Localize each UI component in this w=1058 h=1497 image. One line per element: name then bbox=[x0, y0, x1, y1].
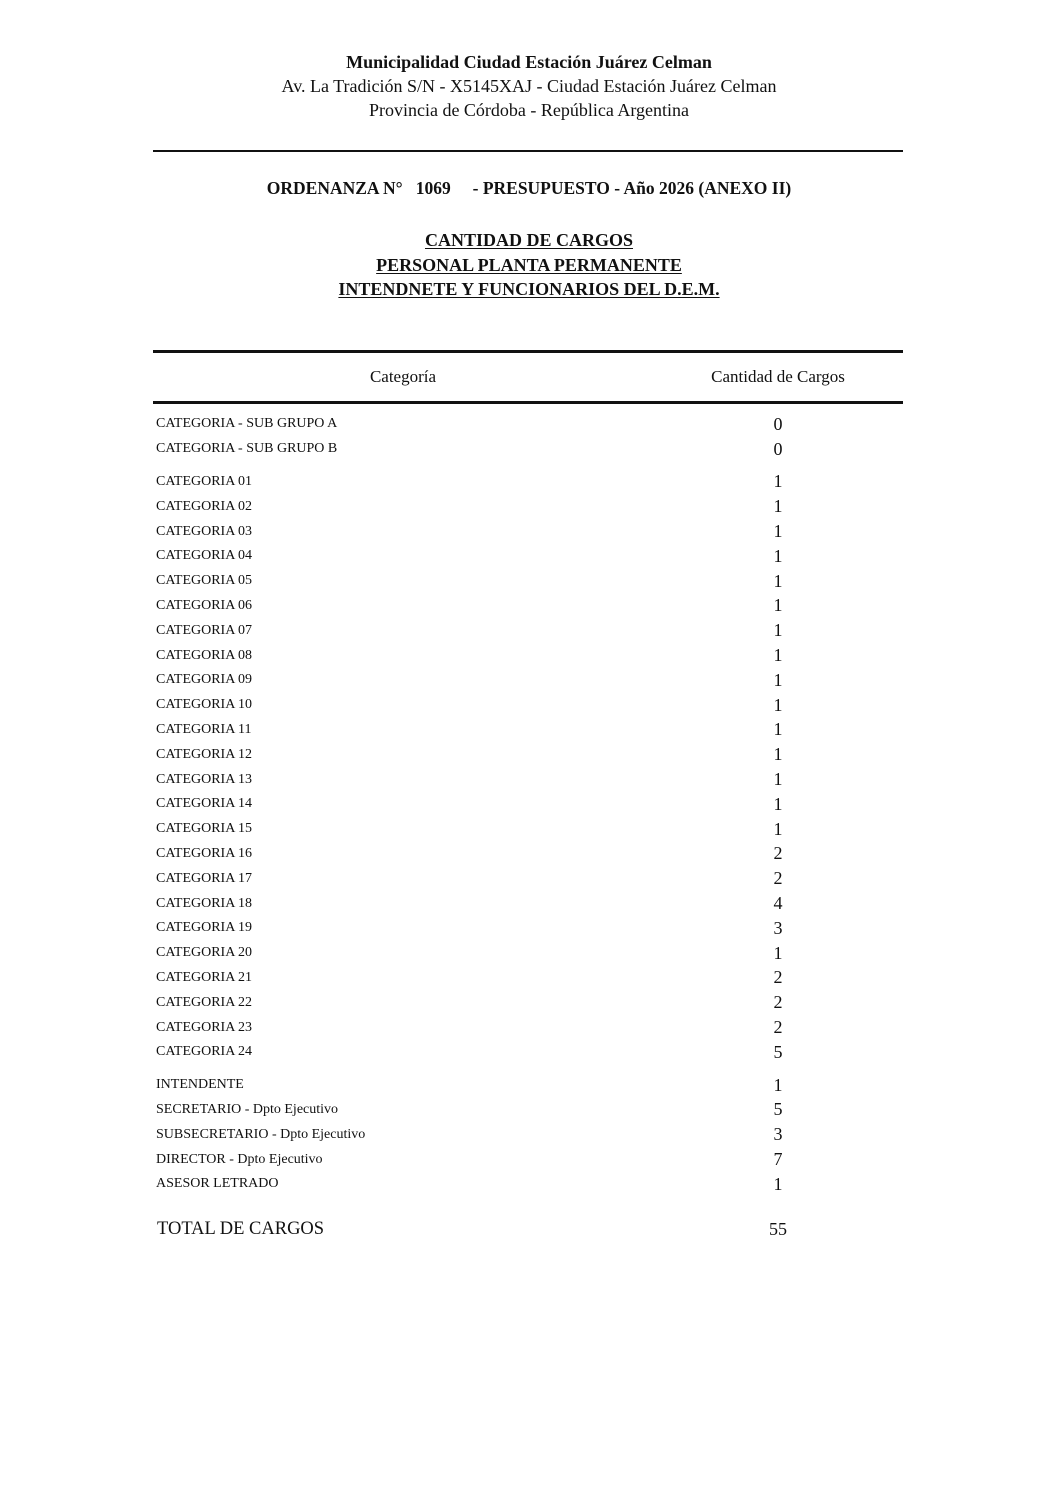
row-label: CATEGORIA 07 bbox=[153, 623, 653, 639]
row-label: CATEGORIA 01 bbox=[153, 474, 653, 490]
row-label: CATEGORIA 22 bbox=[153, 995, 653, 1011]
table-row: CATEGORIA 071 bbox=[153, 618, 903, 643]
table-row: CATEGORIA 021 bbox=[153, 494, 903, 519]
row-value: 0 bbox=[653, 414, 903, 435]
row-value: 2 bbox=[653, 868, 903, 889]
table-row: CATEGORIA 061 bbox=[153, 594, 903, 619]
row-value: 7 bbox=[653, 1149, 903, 1170]
row-label: CATEGORIA 11 bbox=[153, 722, 653, 738]
row-label: SECRETARIO - Dpto Ejecutivo bbox=[153, 1102, 653, 1118]
row-label: CATEGORIA 13 bbox=[153, 772, 653, 788]
row-value: 1 bbox=[653, 595, 903, 616]
table-row: CATEGORIA 184 bbox=[153, 891, 903, 916]
table-row: CATEGORIA 091 bbox=[153, 668, 903, 693]
row-label: CATEGORIA 17 bbox=[153, 871, 653, 887]
row-label: CATEGORIA 09 bbox=[153, 672, 653, 688]
row-label: CATEGORIA - SUB GRUPO B bbox=[153, 441, 653, 457]
row-value: 0 bbox=[653, 439, 903, 460]
row-label: INTENDENTE bbox=[153, 1077, 653, 1093]
row-value: 1 bbox=[653, 571, 903, 592]
document-header: Municipalidad Ciudad Estación Juárez Cel… bbox=[0, 50, 1058, 122]
row-label: CATEGORIA 04 bbox=[153, 548, 653, 564]
row-label: CATEGORIA 19 bbox=[153, 920, 653, 936]
row-label: CATEGORIA 03 bbox=[153, 524, 653, 540]
table-body: CATEGORIA - SUB GRUPO A0CATEGORIA - SUB … bbox=[153, 412, 903, 1197]
table-row: ASESOR LETRADO1 bbox=[153, 1172, 903, 1197]
row-label: CATEGORIA - SUB GRUPO A bbox=[153, 416, 653, 432]
row-value: 1 bbox=[653, 471, 903, 492]
table-row: CATEGORIA - SUB GRUPO B0 bbox=[153, 437, 903, 462]
row-value: 4 bbox=[653, 893, 903, 914]
organization-province: Provincia de Córdoba - República Argenti… bbox=[0, 98, 1058, 122]
row-value: 1 bbox=[653, 1075, 903, 1096]
title-line-1: CANTIDAD DE CARGOS bbox=[425, 230, 633, 250]
row-value: 1 bbox=[653, 645, 903, 666]
row-value: 5 bbox=[653, 1099, 903, 1120]
group-spacer bbox=[153, 462, 903, 470]
row-label: ASESOR LETRADO bbox=[153, 1176, 653, 1192]
row-label: CATEGORIA 10 bbox=[153, 697, 653, 713]
row-value: 2 bbox=[653, 967, 903, 988]
table-row: INTENDENTE1 bbox=[153, 1073, 903, 1098]
table-row: CATEGORIA 232 bbox=[153, 1015, 903, 1040]
table-row: CATEGORIA 121 bbox=[153, 742, 903, 767]
row-value: 1 bbox=[653, 546, 903, 567]
table-row: DIRECTOR - Dpto Ejecutivo7 bbox=[153, 1147, 903, 1172]
row-label: CATEGORIA 20 bbox=[153, 945, 653, 961]
row-value: 1 bbox=[653, 670, 903, 691]
row-label: CATEGORIA 18 bbox=[153, 896, 653, 912]
table-header: Categoría Cantidad de Cargos bbox=[153, 353, 903, 401]
row-value: 1 bbox=[653, 496, 903, 517]
table-row: CATEGORIA 222 bbox=[153, 990, 903, 1015]
row-value: 3 bbox=[653, 1124, 903, 1145]
row-value: 5 bbox=[653, 1042, 903, 1063]
table-row: CATEGORIA 201 bbox=[153, 941, 903, 966]
table-row: CATEGORIA 193 bbox=[153, 916, 903, 941]
column-header-categoria: Categoría bbox=[153, 367, 653, 387]
table-row: CATEGORIA 212 bbox=[153, 966, 903, 991]
row-value: 1 bbox=[653, 719, 903, 740]
total-label: TOTAL DE CARGOS bbox=[153, 1219, 653, 1240]
header-divider bbox=[153, 150, 903, 152]
row-value: 1 bbox=[653, 769, 903, 790]
table-row: CATEGORIA 011 bbox=[153, 470, 903, 495]
table-row: CATEGORIA 031 bbox=[153, 519, 903, 544]
table-row: CATEGORIA 172 bbox=[153, 866, 903, 891]
row-value: 2 bbox=[653, 843, 903, 864]
title-line-2: PERSONAL PLANTA PERMANENTE bbox=[376, 255, 682, 275]
row-label: CATEGORIA 05 bbox=[153, 573, 653, 589]
title-line-3: INTENDNETE Y FUNCIONARIOS DEL D.E.M. bbox=[338, 279, 719, 299]
table-row: SECRETARIO - Dpto Ejecutivo5 bbox=[153, 1098, 903, 1123]
cargos-table: Categoría Cantidad de Cargos CATEGORIA -… bbox=[153, 350, 903, 1240]
table-row: CATEGORIA 041 bbox=[153, 544, 903, 569]
row-label: CATEGORIA 23 bbox=[153, 1020, 653, 1036]
table-row: CATEGORIA 131 bbox=[153, 767, 903, 792]
row-value: 1 bbox=[653, 1174, 903, 1195]
table-row: CATEGORIA 081 bbox=[153, 643, 903, 668]
document-titles: CANTIDAD DE CARGOS PERSONAL PLANTA PERMA… bbox=[0, 228, 1058, 302]
row-value: 3 bbox=[653, 918, 903, 939]
table-row: CATEGORIA 101 bbox=[153, 693, 903, 718]
table-row: CATEGORIA 245 bbox=[153, 1040, 903, 1065]
row-label: CATEGORIA 21 bbox=[153, 970, 653, 986]
row-value: 2 bbox=[653, 992, 903, 1013]
group-spacer bbox=[153, 1065, 903, 1073]
table-row: CATEGORIA 051 bbox=[153, 569, 903, 594]
table-row: CATEGORIA 111 bbox=[153, 718, 903, 743]
row-label: CATEGORIA 14 bbox=[153, 796, 653, 812]
row-value: 1 bbox=[653, 620, 903, 641]
organization-address: Av. La Tradición S/N - X5145XAJ - Ciudad… bbox=[0, 74, 1058, 98]
organization-name: Municipalidad Ciudad Estación Juárez Cel… bbox=[0, 50, 1058, 74]
row-value: 1 bbox=[653, 943, 903, 964]
row-value: 1 bbox=[653, 521, 903, 542]
row-label: CATEGORIA 02 bbox=[153, 499, 653, 515]
table-row: CATEGORIA 162 bbox=[153, 842, 903, 867]
table-row: CATEGORIA - SUB GRUPO A0 bbox=[153, 412, 903, 437]
row-label: CATEGORIA 24 bbox=[153, 1044, 653, 1060]
row-label: SUBSECRETARIO - Dpto Ejecutivo bbox=[153, 1127, 653, 1143]
row-label: CATEGORIA 06 bbox=[153, 598, 653, 614]
row-label: CATEGORIA 08 bbox=[153, 648, 653, 664]
row-label: CATEGORIA 12 bbox=[153, 747, 653, 763]
total-row: TOTAL DE CARGOS 55 bbox=[153, 1219, 903, 1240]
row-value: 1 bbox=[653, 744, 903, 765]
table-row: CATEGORIA 151 bbox=[153, 817, 903, 842]
column-header-cantidad: Cantidad de Cargos bbox=[653, 367, 903, 387]
row-value: 1 bbox=[653, 695, 903, 716]
total-value: 55 bbox=[653, 1219, 903, 1240]
row-value: 1 bbox=[653, 819, 903, 840]
row-label: CATEGORIA 15 bbox=[153, 821, 653, 837]
row-label: CATEGORIA 16 bbox=[153, 846, 653, 862]
row-value: 1 bbox=[653, 794, 903, 815]
ordenanza-title: ORDENANZA N° 1069 - PRESUPUESTO - Año 20… bbox=[0, 178, 1058, 199]
row-label: DIRECTOR - Dpto Ejecutivo bbox=[153, 1152, 653, 1168]
row-value: 2 bbox=[653, 1017, 903, 1038]
table-row: SUBSECRETARIO - Dpto Ejecutivo3 bbox=[153, 1122, 903, 1147]
table-row: CATEGORIA 141 bbox=[153, 792, 903, 817]
